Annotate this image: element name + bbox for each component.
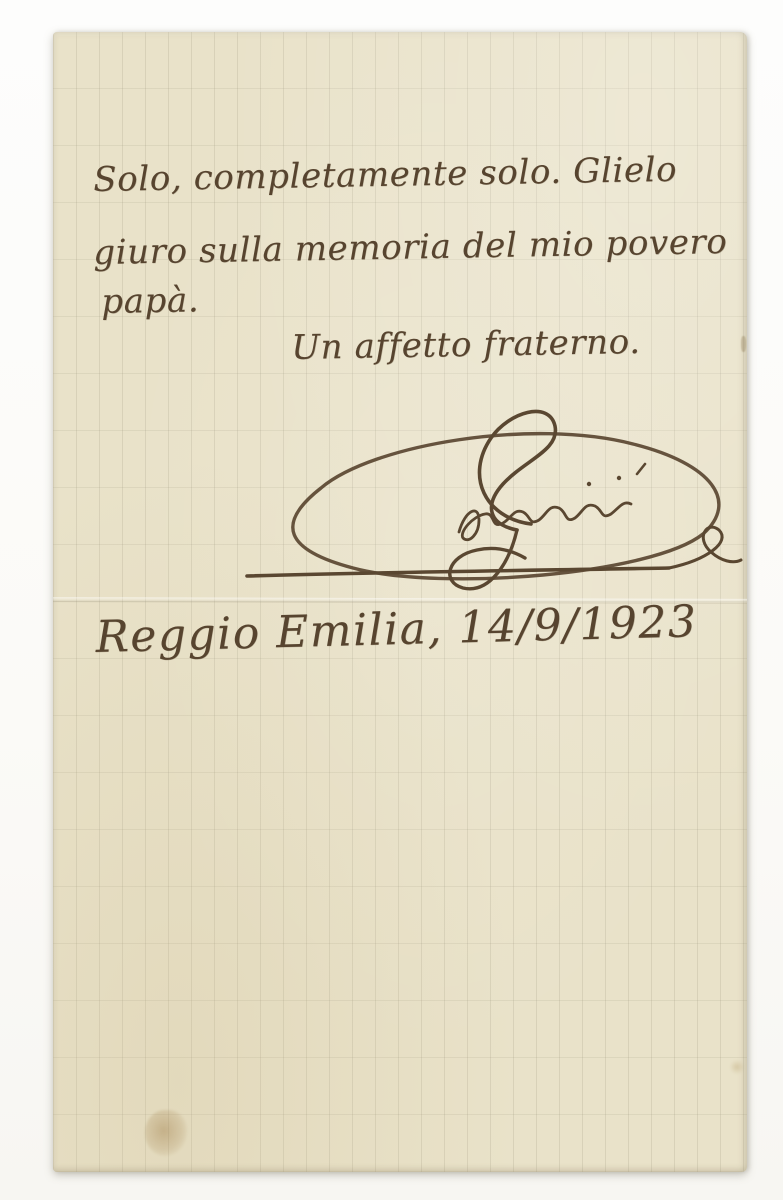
- closing-line: Un affetto fraterno.: [291, 322, 641, 368]
- edge-wear-mark: [741, 336, 746, 352]
- photo-background: Solo, completamente solo. Glielo giuro s…: [0, 0, 783, 1200]
- letter-paper: Solo, completamente solo. Glielo giuro s…: [53, 32, 747, 1172]
- dateline: Reggio Emilia, 14/9/1923: [95, 596, 698, 663]
- handwritten-line-1: Solo, completamente solo. Glielo: [93, 150, 677, 200]
- paper-stain: [145, 1110, 187, 1156]
- handwritten-line-2: giuro sulla memoria del mio povero: [93, 222, 728, 273]
- handwritten-line-3: papà.: [101, 280, 200, 322]
- paper-stain-small: [729, 1060, 745, 1074]
- signature-flourish: [233, 392, 753, 607]
